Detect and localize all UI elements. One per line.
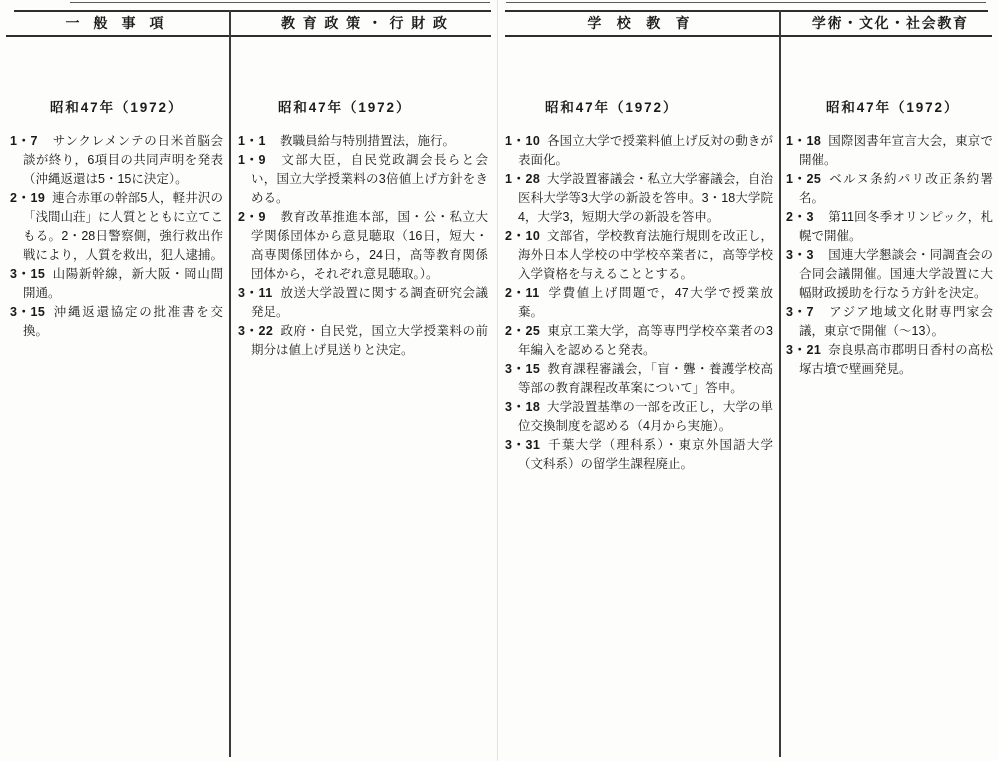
entry-date: 1・7: [10, 132, 44, 151]
year-heading: 昭和47年（1972）: [278, 96, 488, 116]
timeline-entry: 2・10文部省，学校教育法施行規則を改正し，海外日本人学校の中学校卒業者に，高等…: [505, 227, 773, 284]
entry-text: 連合赤軍の幹部5人，軽井沢の「浅間山荘」に人質とともに立てこもる。2・28日警察…: [23, 191, 223, 262]
entry-text: アジア地域文化財専門家会議，東京で開催（〜13）。: [799, 305, 993, 338]
entry-text: 放送大学設置に関する調査研究会議発足。: [251, 286, 488, 319]
entry-date: 2・3: [786, 208, 820, 227]
entry-date: 1・18: [786, 132, 820, 151]
entry-text: 大学設置基準の一部を改正し，大学の単位交換制度を認める（4月から実施）。: [518, 400, 773, 433]
entry-date: 2・9: [238, 208, 272, 227]
entry-date: 3・11: [238, 284, 272, 303]
entry-text: ベルヌ条約パリ改正条約署名。: [799, 172, 993, 205]
entry-date: 3・15: [505, 360, 539, 379]
entry-date: 1・10: [505, 132, 539, 151]
timeline-entry: 2・3第11回冬季オリンピック，札幌で開催。: [786, 208, 993, 246]
timeline-entry: 1・25ベルヌ条約パリ改正条約署名。: [786, 170, 993, 208]
entry-text: 政府・自民党，国立大学授業料の前期分は値上げ見送りと決定。: [251, 324, 488, 357]
column-culture: 昭和47年（1972） 1・18国際図書年宣言大会，東京で開催。1・25ベルヌ条…: [786, 96, 993, 379]
entry-text: 大学設置審議会・私立大学審議会，自治医科大学等3大学の新設を答申。3・18大学院…: [518, 172, 773, 224]
timeline-entry: 1・18国際図書年宣言大会，東京で開催。: [786, 132, 993, 170]
entry-text: 文部大臣，自民党政調会長らと会い，国立大学授業料の3倍値上げ方針をきめる。: [251, 153, 488, 205]
entry-text: 山陽新幹線，新大阪・岡山間開通。: [23, 267, 223, 300]
year-heading: 昭和47年（1972）: [50, 96, 223, 116]
timeline-entry: 1・1教職員給与特別措置法，施行。: [238, 132, 488, 151]
timeline-entry: 3・11放送大学設置に関する調査研究会議発足。: [238, 284, 488, 322]
year-heading: 昭和47年（1972）: [545, 96, 773, 116]
timeline-entry: 1・10各国立大学で授業料値上げ反対の動きが表面化。: [505, 132, 773, 170]
entry-date: 3・7: [786, 303, 820, 322]
entry-text: 国際図書年宣言大会，東京で開催。: [799, 134, 993, 167]
entry-text: 教職員給与特別措置法，施行。: [280, 134, 455, 148]
entry-text: 各国立大学で授業料値上げ反対の動きが表面化。: [518, 134, 773, 167]
divider-col1-col2: [229, 10, 231, 757]
timeline-entry: 2・9教育改革推進本部，国・公・私立大学関係団体から意見聴取（16日，短大・高専…: [238, 208, 488, 284]
entry-text: 第11回冬季オリンピック，札幌で開催。: [799, 210, 993, 243]
year-heading: 昭和47年（1972）: [826, 96, 993, 116]
entry-text: 沖縄返還協定の批准書を交換。: [23, 305, 223, 338]
column-header-general: 一般事項: [0, 12, 229, 34]
timeline-entry: 3・18大学設置基準の一部を改正し，大学の単位交換制度を認める（4月から実施）。: [505, 398, 773, 436]
timeline-entry: 3・21奈良県高市郡明日香村の高松塚古墳で壁画発見。: [786, 341, 993, 379]
entry-date: 3・18: [505, 398, 539, 417]
timeline-entry: 3・15教育課程審議会，「盲・聾・養護学校高等部の教育課程改革案について」答申。: [505, 360, 773, 398]
entry-list: 1・7サンクレメンテの日米首脳会談が終り，6項目の共同声明を発表（沖縄返還は5・…: [10, 132, 223, 341]
column-school: 昭和47年（1972） 1・10各国立大学で授業料値上げ反対の動きが表面化。1・…: [505, 96, 773, 474]
header-bottom-rule: [505, 35, 992, 37]
entry-text: 国連大学懇談会・同調査会の合同会議開催。国連大学設置に大幅財政援助を行なう方針を…: [799, 248, 993, 300]
entry-date: 3・21: [786, 341, 820, 360]
entry-date: 1・1: [238, 132, 272, 151]
column-header-school: 学校教育: [498, 12, 779, 34]
chronology-page: 一般事項 教育政策・行財政 学校教育 学術・文化・社会教育 昭和47年（1972…: [0, 0, 998, 761]
entry-text: 千葉大学（理科系）・東京外国語大学（文科系）の留学生課程廃止。: [518, 438, 773, 471]
entry-date: 3・31: [505, 436, 539, 455]
entry-date: 1・9: [238, 151, 272, 170]
entry-list: 1・1教職員給与特別措置法，施行。1・9文部大臣，自民党政調会長らと会い，国立大…: [238, 132, 488, 360]
entry-text: 奈良県高市郡明日香村の高松塚古墳で壁画発見。: [799, 343, 993, 376]
page-top-edge-rule: [506, 2, 986, 3]
entry-text: 東京工業大学，高等専門学校卒業者の3年編入を認めると発表。: [518, 324, 773, 357]
timeline-entry: 3・15沖縄返還協定の批准書を交換。: [10, 303, 223, 341]
header-bottom-rule: [6, 35, 491, 37]
entry-text: 学費値上げ問題で，47大学で授業放棄。: [518, 286, 773, 319]
entry-date: 3・22: [238, 322, 272, 341]
column-header-culture: 学術・文化・社会教育: [781, 12, 998, 34]
entry-list: 1・10各国立大学で授業料値上げ反対の動きが表面化。1・28大学設置審議会・私立…: [505, 132, 773, 474]
entry-date: 2・10: [505, 227, 539, 246]
entry-text: サンクレメンテの日米首脳会談が終り，6項目の共同声明を発表（沖縄返還は5・15に…: [23, 134, 223, 186]
timeline-entry: 1・9文部大臣，自民党政調会長らと会い，国立大学授業料の3倍値上げ方針をきめる。: [238, 151, 488, 208]
column-policy: 昭和47年（1972） 1・1教職員給与特別措置法，施行。1・9文部大臣，自民党…: [238, 96, 488, 360]
timeline-entry: 3・7アジア地域文化財専門家会議，東京で開催（〜13）。: [786, 303, 993, 341]
entry-date: 3・3: [786, 246, 820, 265]
column-general: 昭和47年（1972） 1・7サンクレメンテの日米首脳会談が終り，6項目の共同声…: [10, 96, 223, 341]
entry-date: 3・15: [10, 303, 44, 322]
timeline-entry: 3・22政府・自民党，国立大学授業料の前期分は値上げ見送りと決定。: [238, 322, 488, 360]
entry-list: 1・18国際図書年宣言大会，東京で開催。1・25ベルヌ条約パリ改正条約署名。2・…: [786, 132, 993, 379]
entry-date: 2・11: [505, 284, 539, 303]
column-header-policy: 教育政策・行財政: [231, 12, 497, 34]
timeline-entry: 3・3国連大学懇談会・同調査会の合同会議開催。国連大学設置に大幅財政援助を行なう…: [786, 246, 993, 303]
timeline-entry: 2・25東京工業大学，高等専門学校卒業者の3年編入を認めると発表。: [505, 322, 773, 360]
timeline-entry: 1・7サンクレメンテの日米首脳会談が終り，6項目の共同声明を発表（沖縄返還は5・…: [10, 132, 223, 189]
entry-date: 2・19: [10, 189, 44, 208]
divider-col3-col4: [779, 10, 781, 757]
entry-text: 教育課程審議会，「盲・聾・養護学校高等部の教育課程改革案について」答申。: [518, 362, 773, 395]
page-top-edge-rule: [70, 2, 490, 3]
entry-date: 2・25: [505, 322, 539, 341]
timeline-entry: 1・28大学設置審議会・私立大学審議会，自治医科大学等3大学の新設を答申。3・1…: [505, 170, 773, 227]
entry-text: 文部省，学校教育法施行規則を改正し，海外日本人学校の中学校卒業者に，高等学校入学…: [518, 229, 773, 281]
entry-date: 1・25: [786, 170, 820, 189]
timeline-entry: 2・19連合赤軍の幹部5人，軽井沢の「浅間山荘」に人質とともに立てこもる。2・2…: [10, 189, 223, 265]
timeline-entry: 3・31千葉大学（理科系）・東京外国語大学（文科系）の留学生課程廃止。: [505, 436, 773, 474]
timeline-entry: 3・15山陽新幹線，新大阪・岡山間開通。: [10, 265, 223, 303]
entry-text: 教育改革推進本部，国・公・私立大学関係団体から意見聴取（16日，短大・高専関係団…: [251, 210, 488, 281]
timeline-entry: 2・11学費値上げ問題で，47大学で授業放棄。: [505, 284, 773, 322]
entry-date: 1・28: [505, 170, 539, 189]
entry-date: 3・15: [10, 265, 44, 284]
page-seam-line: [497, 0, 498, 761]
